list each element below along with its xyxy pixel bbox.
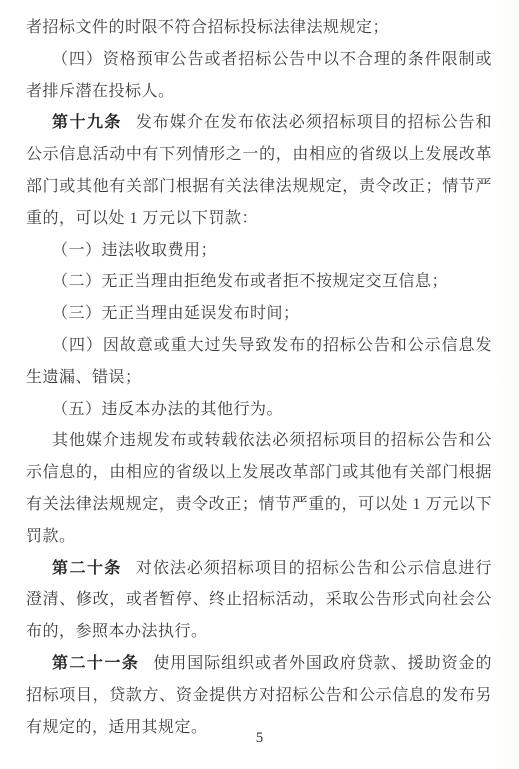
paragraph: （四）资格预审公告或者招标公告中以不合理的条件限制或者排斥潜在投标人。 [26,44,492,108]
paragraph-text: （三）无正当理由延误发布时间； [52,305,300,322]
article-number: 第二十一条 [52,655,139,672]
article-number: 第十九条 [52,114,122,131]
article-paragraph: 第十九条发布媒介在发布依法必须招标项目的招标公告和公示信息活动中有下列情形之一的… [26,107,492,234]
paragraph: （一）违法收取费用； [26,235,492,267]
paragraph: （五）违反本办法的其他行为。 [26,394,492,426]
paragraph-text: （一）违法收取费用； [52,242,217,259]
paragraph: （二）无正当理由拒绝发布或者拒不按规定交互信息； [26,266,492,298]
paragraph-text: 发布媒介在发布依法必须招标项目的招标公告和公示信息活动中有下列情形之一的，由相应… [26,114,492,226]
paragraph-text: （四）因故意或重大过失导致发布的招标公告和公示信息发生遗漏、错误； [26,337,492,386]
paragraph: 者招标文件的时限不符合招标投标法律法规规定； [26,12,492,44]
article-number: 第二十条 [52,560,122,577]
document-body: 者招标文件的时限不符合招标投标法律法规规定；（四）资格预审公告或者招标公告中以不… [26,12,492,743]
paragraph-text: 其他媒介违规发布或转载依法必须招标项目的招标公告和公示信息的，由相应的省级以上发… [26,432,492,544]
paragraph: （四）因故意或重大过失导致发布的招标公告和公示信息发生遗漏、错误； [26,330,492,394]
paragraph: （三）无正当理由延误发布时间； [26,298,492,330]
paragraph-text: （五）违反本办法的其他行为。 [52,401,283,418]
paragraph: 其他媒介违规发布或转载依法必须招标项目的招标公告和公示信息的，由相应的省级以上发… [26,425,492,552]
article-paragraph: 第二十条对依法必须招标项目的招标公告和公示信息进行澄清、修改，或者暂停、终止招标… [26,553,492,648]
document-page: 者招标文件的时限不符合招标投标法律法规规定；（四）资格预审公告或者招标公告中以不… [0,0,519,769]
page-number: 5 [256,730,264,746]
paragraph-text: （四）资格预审公告或者招标公告中以不合理的条件限制或者排斥潜在投标人。 [26,51,492,100]
page-footer: 5 [0,729,519,747]
paragraph-text: 者招标文件的时限不符合招标投标法律法规规定； [26,19,389,36]
paragraph-text: （二）无正当理由拒绝发布或者拒不按规定交互信息； [52,273,448,290]
